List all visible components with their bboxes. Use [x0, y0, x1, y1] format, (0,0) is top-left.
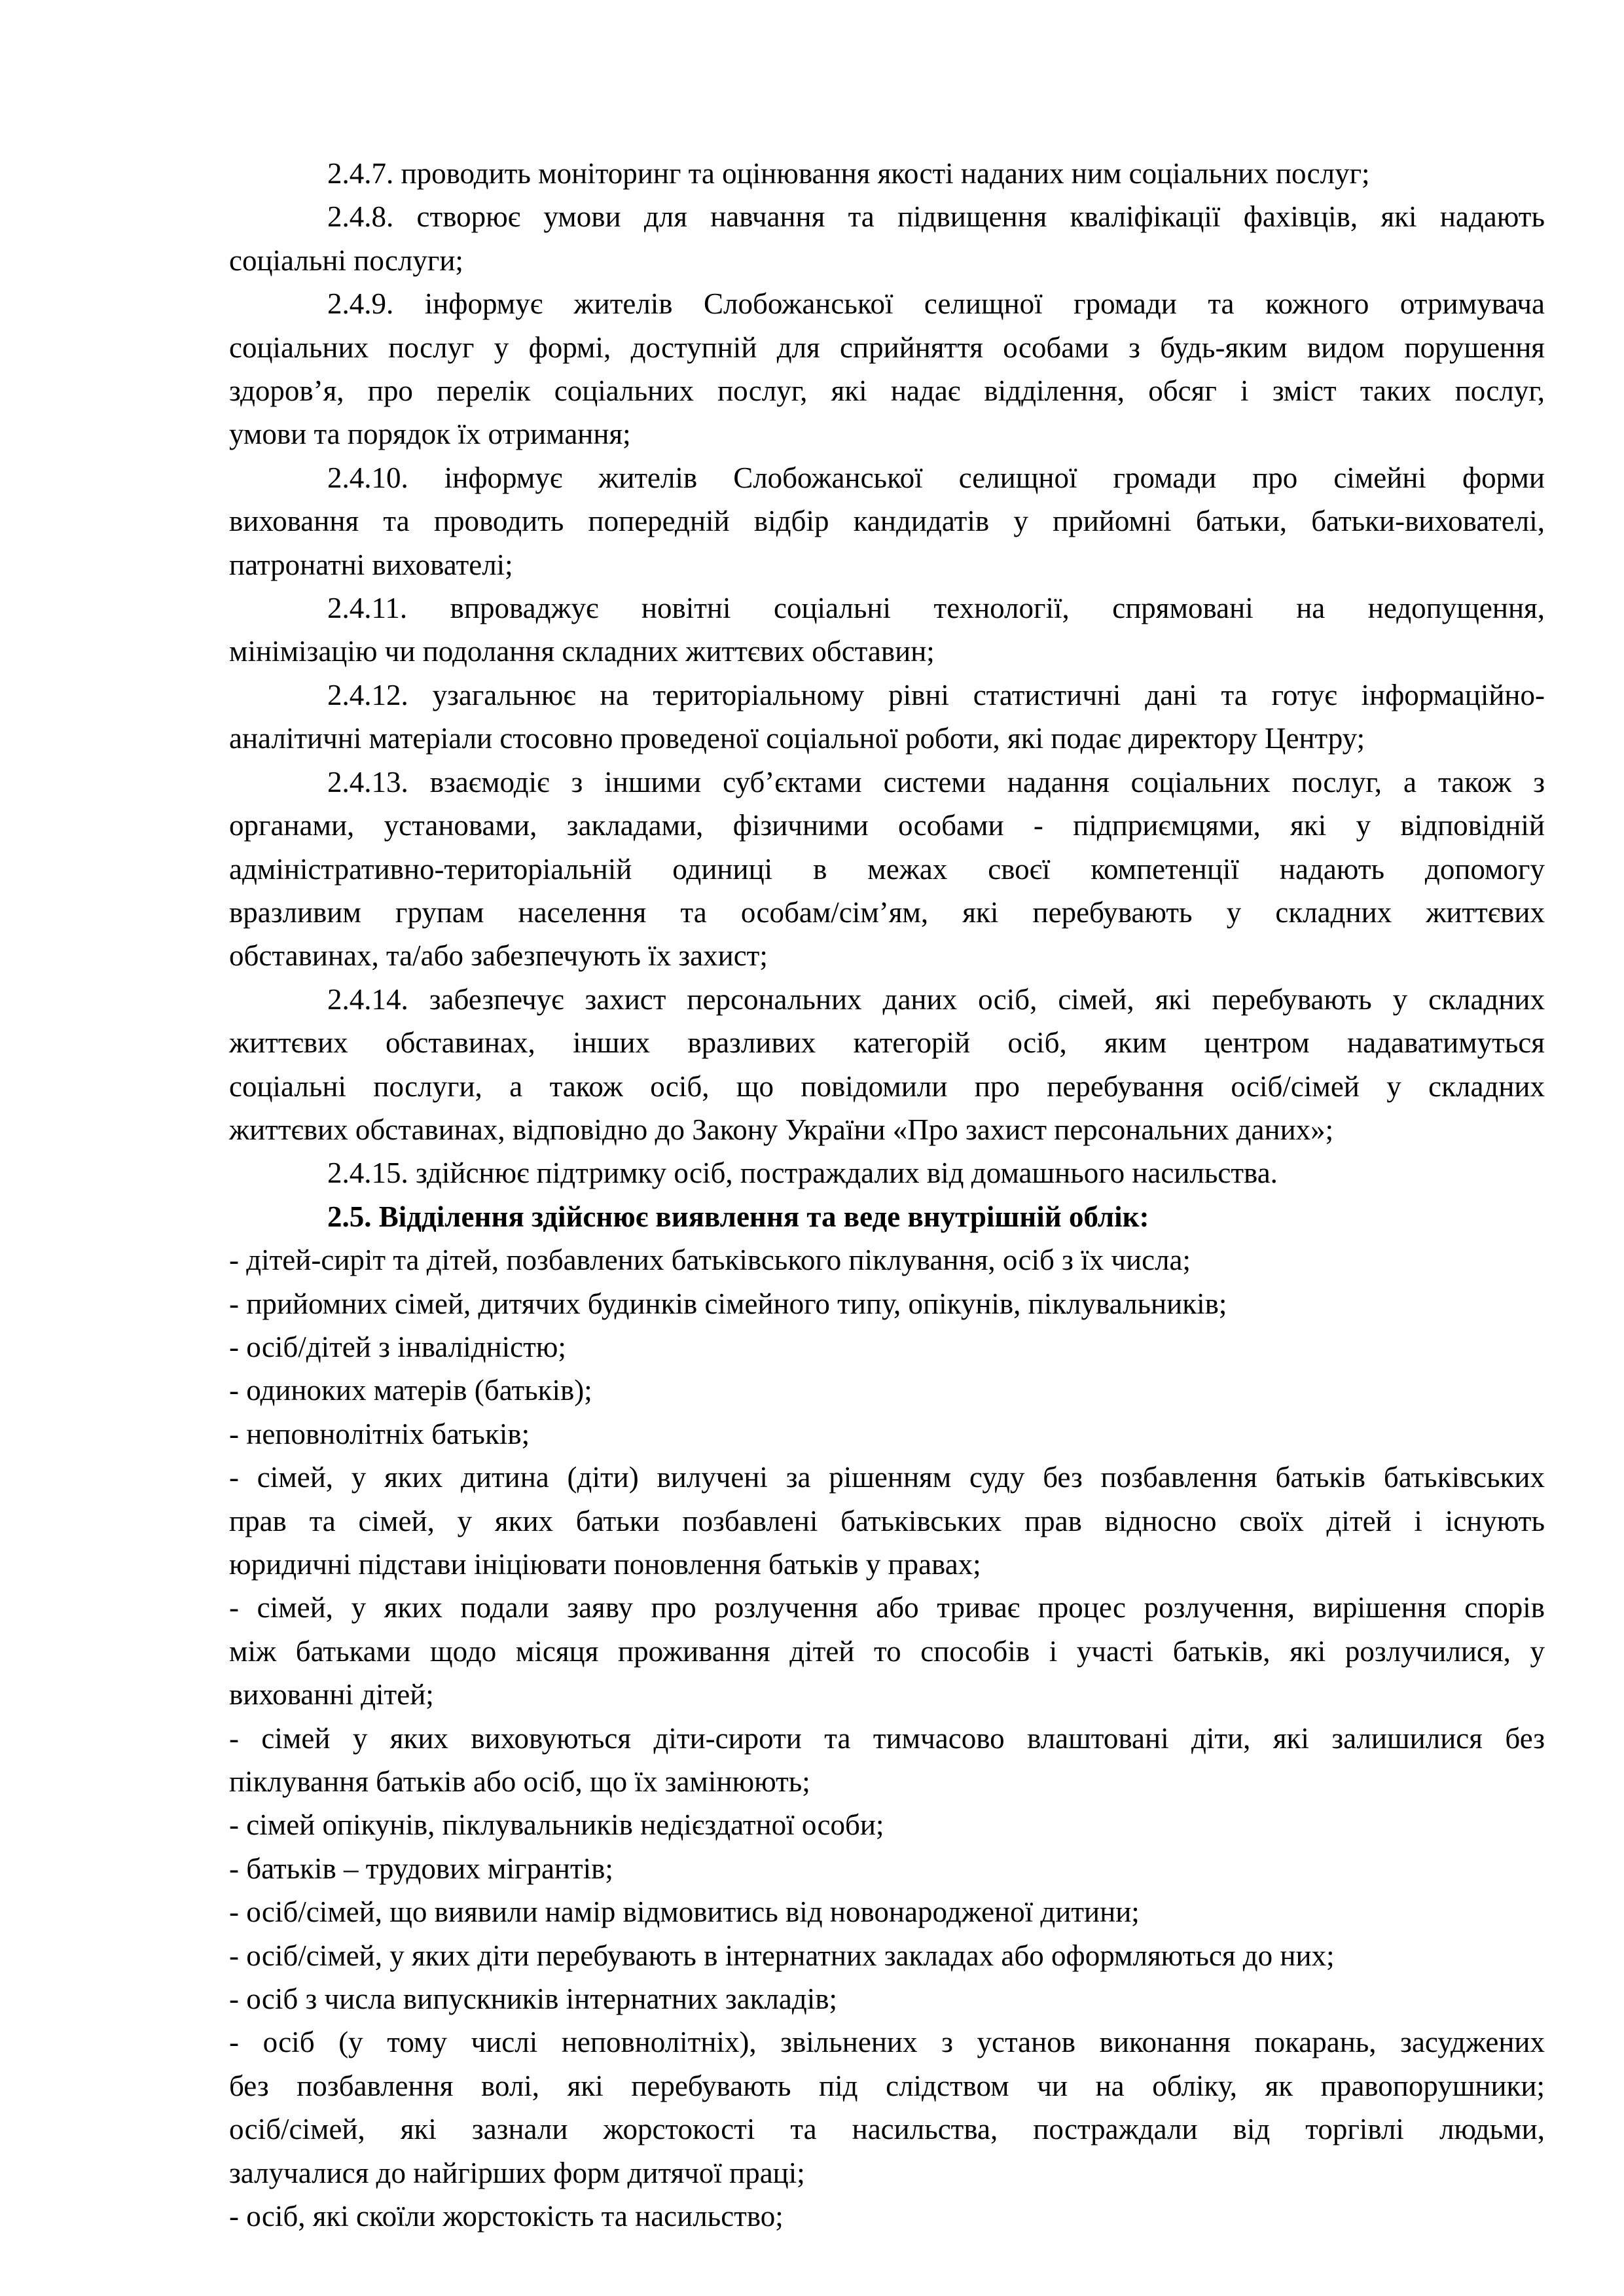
paragraph-20: - батьків – трудових мігрантів; — [229, 1847, 1545, 1890]
paragraph-1: 2.4.7. проводить моніторинг та оцінюванн… — [229, 152, 1545, 195]
paragraph-9: 2.4.15. здійснює підтримку осіб, постраж… — [229, 1151, 1545, 1194]
text-line: аналітичні матеріали стосовно проведеної… — [229, 717, 1545, 760]
text-line: 2.4.8. створює умови для навчання та під… — [229, 195, 1545, 238]
text-line: 2.4.15. здійснює підтримку осіб, постраж… — [229, 1151, 1545, 1194]
paragraph-25: - осіб, які скоїли жорстокість та насиль… — [229, 2195, 1545, 2238]
text-line: мінімізацію чи подолання складних життєв… — [229, 630, 1545, 673]
document-body: 2.4.7. проводить моніторинг та оцінюванн… — [229, 152, 1545, 2238]
paragraph-3: 2.4.9. інформує жителів Слобожанської се… — [229, 282, 1545, 456]
text-line: 2.4.11. впроваджує новітні соціальні тех… — [229, 586, 1545, 630]
text-line: соціальні послуги; — [229, 239, 1545, 282]
text-line: прав та сімей, у яких батьки позбавлені … — [229, 1499, 1545, 1543]
text-line: - сімей у яких виховуються діти-сироти т… — [229, 1717, 1545, 1760]
text-line: адміністративно-територіальній одиниці в… — [229, 848, 1545, 891]
text-line: без позбавлення волі, які перебувають пі… — [229, 2064, 1545, 2108]
paragraph-8: 2.4.14. забезпечує захист персональних д… — [229, 978, 1545, 1152]
text-line: 2.4.9. інформує жителів Слобожанської се… — [229, 282, 1545, 325]
paragraph-5: 2.4.11. впроваджує новітні соціальні тех… — [229, 586, 1545, 673]
text-line: 2.4.12. узагальнює на територіальному рі… — [229, 673, 1545, 717]
paragraph-23: - осіб з числа випускників інтернатних з… — [229, 1977, 1545, 2020]
text-line: - осіб/дітей з інвалідністю; — [229, 1325, 1545, 1369]
paragraph-18: - сімей у яких виховуються діти-сироти т… — [229, 1717, 1545, 1804]
text-line: піклування батьків або осіб, що їх замін… — [229, 1760, 1545, 1803]
text-line: 2.4.14. забезпечує захист персональних д… — [229, 978, 1545, 1021]
text-line: - осіб/сімей, у яких діти перебувають в … — [229, 1934, 1545, 1977]
text-line: патронатні вихователі; — [229, 543, 1545, 586]
text-line: - одиноких матерів (батьків); — [229, 1369, 1545, 1412]
paragraph-22: - осіб/сімей, у яких діти перебувають в … — [229, 1934, 1545, 1977]
text-line: юридичні підстави ініціювати поновлення … — [229, 1543, 1545, 1586]
text-line: - неповнолітніх батьків; — [229, 1412, 1545, 1456]
text-line: здоров’я, про перелік соціальних послуг,… — [229, 369, 1545, 412]
paragraph-2: 2.4.8. створює умови для навчання та під… — [229, 195, 1545, 282]
paragraph-7: 2.4.13. взаємодіє з іншими суб’єктами си… — [229, 761, 1545, 978]
text-line: - дітей-сиріт та дітей, позбавлених бать… — [229, 1238, 1545, 1282]
paragraph-19: - сімей опікунів, піклувальників недієзд… — [229, 1803, 1545, 1846]
text-line: 2.4.7. проводить моніторинг та оцінюванн… — [229, 152, 1545, 195]
paragraph-13: - осіб/дітей з інвалідністю; — [229, 1325, 1545, 1369]
text-line: вразливим групам населення та особам/сім… — [229, 891, 1545, 934]
text-line: 2.4.13. взаємодіє з іншими суб’єктами си… — [229, 761, 1545, 804]
paragraph-15: - неповнолітніх батьків; — [229, 1412, 1545, 1456]
text-line: життєвих обставинах, інших вразливих кат… — [229, 1021, 1545, 1064]
document-page: 2.4.7. проводить моніторинг та оцінюванн… — [0, 0, 1624, 2296]
text-line: - осіб, які скоїли жорстокість та насиль… — [229, 2195, 1545, 2238]
paragraph-6: 2.4.12. узагальнює на територіальному рі… — [229, 673, 1545, 761]
text-line: 2.4.10. інформує жителів Слобожанської с… — [229, 456, 1545, 499]
paragraph-10: 2.5. Відділення здійснює виявлення та ве… — [229, 1195, 1545, 1238]
text-line: органами, установами, закладами, фізични… — [229, 804, 1545, 847]
text-line: вихованні дітей; — [229, 1673, 1545, 1716]
text-line: залучалися до найгірших форм дитячої пра… — [229, 2151, 1545, 2195]
text-line: - осіб (у тому числі неповнолітніх), зві… — [229, 2020, 1545, 2064]
text-line: 2.5. Відділення здійснює виявлення та ве… — [229, 1195, 1545, 1238]
paragraph-17: - сімей, у яких подали заяву про розлуче… — [229, 1586, 1545, 1716]
text-line: - сімей опікунів, піклувальників недієзд… — [229, 1803, 1545, 1846]
text-line: - прийомних сімей, дитячих будинків сіме… — [229, 1282, 1545, 1325]
text-line: між батьками щодо місяця проживання діте… — [229, 1630, 1545, 1673]
text-line: життєвих обставинах, відповідно до Закон… — [229, 1108, 1545, 1151]
paragraph-12: - прийомних сімей, дитячих будинків сіме… — [229, 1282, 1545, 1325]
text-line: умови та порядок їх отримання; — [229, 412, 1545, 456]
text-line: соціальних послуг у формі, доступній для… — [229, 326, 1545, 369]
paragraph-11: - дітей-сиріт та дітей, позбавлених бать… — [229, 1238, 1545, 1282]
text-line: обставинах, та/або забезпечують їх захис… — [229, 934, 1545, 977]
text-line: - сімей, у яких подали заяву про розлуче… — [229, 1586, 1545, 1629]
paragraph-21: - осіб/сімей, що виявили намір відмовити… — [229, 1890, 1545, 1933]
text-line: - осіб/сімей, що виявили намір відмовити… — [229, 1890, 1545, 1933]
text-line: - осіб з числа випускників інтернатних з… — [229, 1977, 1545, 2020]
text-line: осіб/сімей, які зазнали жорстокості та н… — [229, 2108, 1545, 2151]
paragraph-4: 2.4.10. інформує жителів Слобожанської с… — [229, 456, 1545, 586]
text-line: - сімей, у яких дитина (діти) вилучені з… — [229, 1456, 1545, 1499]
text-line: соціальні послуги, а також осіб, що пові… — [229, 1065, 1545, 1108]
paragraph-14: - одиноких матерів (батьків); — [229, 1369, 1545, 1412]
text-line: виховання та проводить попередній відбір… — [229, 499, 1545, 543]
paragraph-24: - осіб (у тому числі неповнолітніх), зві… — [229, 2020, 1545, 2195]
paragraph-16: - сімей, у яких дитина (діти) вилучені з… — [229, 1456, 1545, 1586]
text-line: - батьків – трудових мігрантів; — [229, 1847, 1545, 1890]
